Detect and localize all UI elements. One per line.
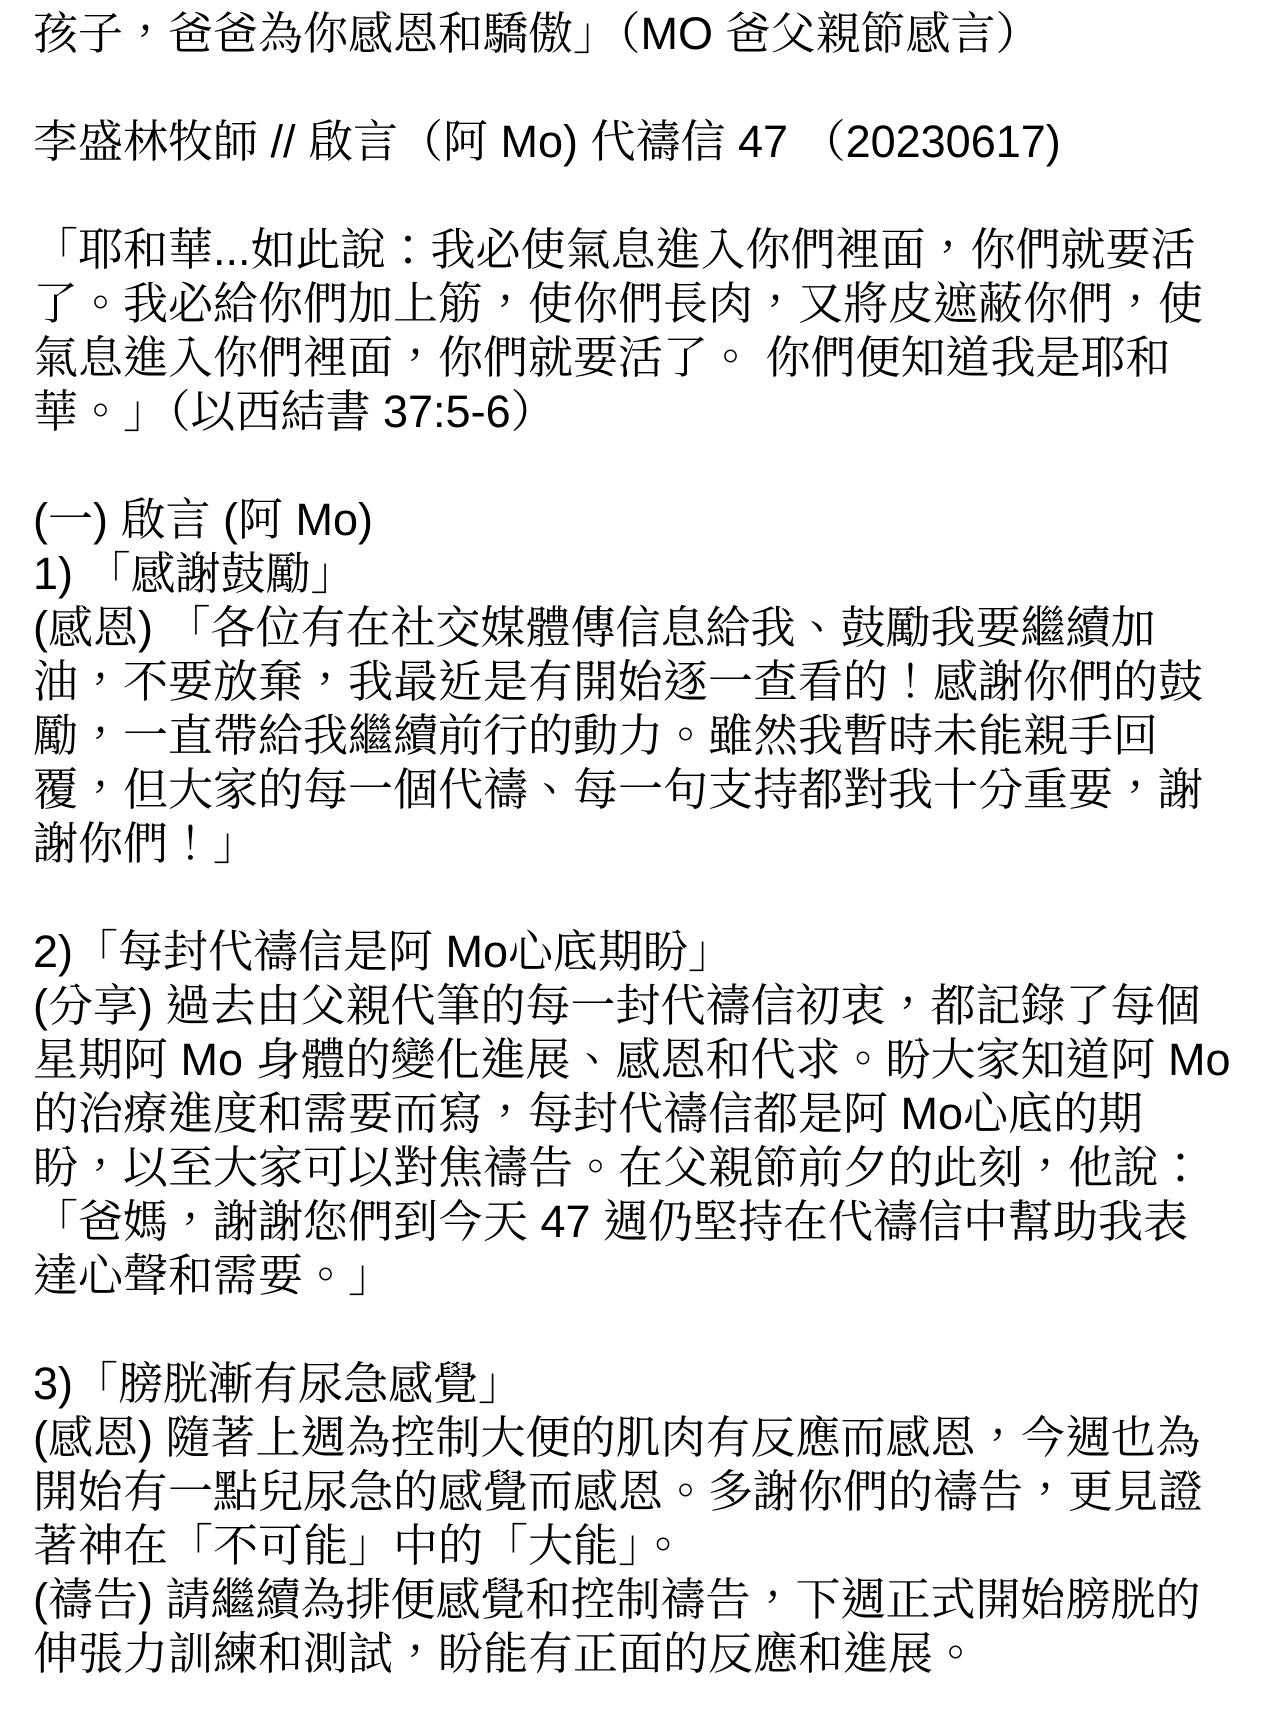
body-line: (感恩) 「各位有在社交媒體傳信息給我、鼓勵我要繼續加 [33,601,1254,655]
title-line: 孩子，爸爸為你感恩和驕傲」（MO 爸父親節感言） [33,7,1254,61]
body-line: 「爸媽，謝謝您們到今天 47 週仍堅持在代禱信中幫助我表 [33,1195,1254,1249]
body-line: 開始有一點兒尿急的感覺而感恩。多謝你們的禱告，更見證 [33,1465,1254,1519]
body-line: 勵，一直帶給我繼續前行的動力。雖然我暫時未能親手回 [33,709,1254,763]
body-line: 謝你們！」 [33,817,1254,871]
subsection-heading: 2)「每封代禱信是阿 Mo心底期盼」 [33,925,1254,979]
section-heading: (一) 啟言 (阿 Mo) [33,493,1254,547]
body-line: 盼，以至大家可以對焦禱告。在父親節前夕的此刻，他說： [33,1141,1254,1195]
paragraph-byline: 李盛林牧師 // 啟言（阿 Mo) 代禱信 47 （20230617) [33,115,1254,169]
scripture-line: 華。」（以西結書 37:5-6） [33,385,1254,439]
body-line: 著神在「不可能」中的「大能」。 [33,1519,1254,1573]
body-line: 的治療進度和需要而寫，每封代禱信都是阿 Mo心底的期 [33,1087,1254,1141]
scripture-line: 了。我必給你們加上筋，使你們長肉，又將皮遮蔽你們，使 [33,277,1254,331]
paragraph-title: 孩子，爸爸為你感恩和驕傲」（MO 爸父親節感言） [33,7,1254,61]
body-line: (感恩) 隨著上週為控制大便的肌肉有反應而感恩，今週也為 [33,1411,1254,1465]
body-line: (禱告) 請繼續為排便感覺和控制禱告，下週正式開始膀胱的 [33,1573,1254,1627]
body-line: 油，不要放棄，我最近是有開始逐一查看的！感謝你們的鼓 [33,655,1254,709]
scripture-line: 「耶和華...如此說：我必使氣息進入你們裡面，你們就要活 [33,223,1254,277]
body-line: 星期阿 Mo 身體的變化進展、感恩和代求。盼大家知道阿 Mo [33,1033,1254,1087]
body-line: 達心聲和需要。」 [33,1249,1254,1303]
body-line: 伸張力訓練和測試，盼能有正面的反應和進展。 [33,1627,1254,1681]
section-bladder-progress: 3)「膀胱漸有尿急感覺」 (感恩) 隨著上週為控制大便的肌肉有反應而感恩，今週也… [33,1357,1254,1681]
paragraph-scripture: 「耶和華...如此說：我必使氣息進入你們裡面，你們就要活 了。我必給你們加上筋，… [33,223,1254,439]
subsection-heading: 3)「膀胱漸有尿急感覺」 [33,1357,1254,1411]
section-prayer-letter-hope: 2)「每封代禱信是阿 Mo心底期盼」 (分享) 過去由父親代筆的每一封代禱信初衷… [33,925,1254,1303]
document-page: 孩子，爸爸為你感恩和驕傲」（MO 爸父親節感言） 李盛林牧師 // 啟言（阿 M… [0,0,1284,1723]
scripture-line: 氣息進入你們裡面，你們就要活了。 你們便知道我是耶和 [33,331,1254,385]
body-line: 覆，但大家的每一個代禱、每一句支持都對我十分重要，謝 [33,763,1254,817]
body-line: (分享) 過去由父親代筆的每一封代禱信初衷，都記錄了每個 [33,979,1254,1033]
byline-line: 李盛林牧師 // 啟言（阿 Mo) 代禱信 47 （20230617) [33,115,1254,169]
section-opening-remarks: (一) 啟言 (阿 Mo) 1) 「感謝鼓勵」 (感恩) 「各位有在社交媒體傳信… [33,493,1254,871]
subsection-heading: 1) 「感謝鼓勵」 [33,547,1254,601]
